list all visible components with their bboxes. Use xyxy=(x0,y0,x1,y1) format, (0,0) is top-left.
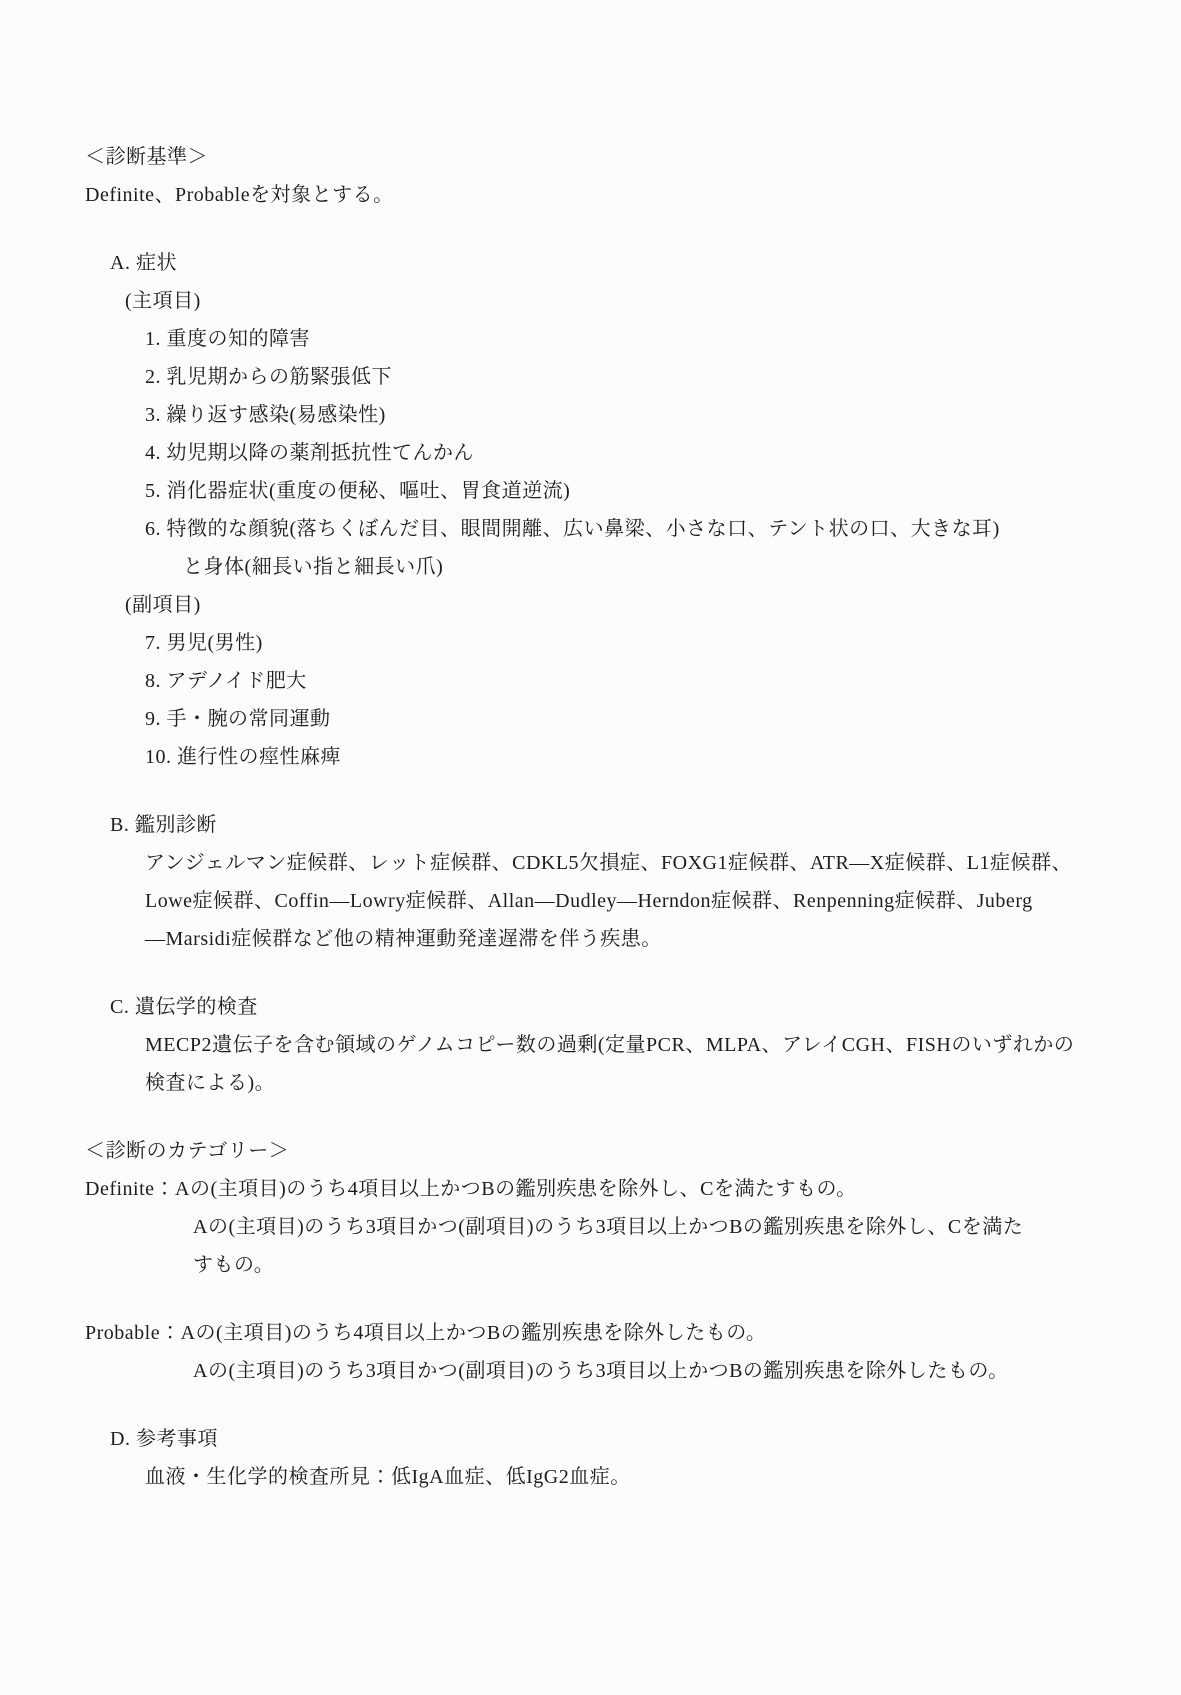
sub-items-label: (副項目) xyxy=(85,586,1121,624)
differential-line-3: ―Marsidi症候群など他の精神運動発達遅滞を伴う疾患。 xyxy=(85,920,1121,958)
section-a-heading: A. 症状 xyxy=(85,244,1121,282)
genetic-test-line-1: MECP2遺伝子を含む領域のゲノムコピー数の過剰(定量PCR、MLPA、アレイC… xyxy=(85,1026,1121,1064)
category-title: ＜診断のカテゴリー＞ xyxy=(85,1132,1121,1170)
reference-findings-line: 血液・生化学的検査所見：低IgA血症、低IgG2血症。 xyxy=(85,1458,1121,1496)
main-item-2: 2. 乳児期からの筋緊張低下 xyxy=(85,358,1121,396)
section-b-heading: B. 鑑別診断 xyxy=(85,806,1121,844)
differential-line-1: アンジェルマン症候群、レット症候群、CDKL5欠損症、FOXG1症候群、ATR―… xyxy=(85,844,1121,882)
section-c-heading: C. 遺伝学的検査 xyxy=(85,988,1121,1026)
spacer xyxy=(85,958,1121,988)
target-note: Definite、Probableを対象とする。 xyxy=(85,176,1121,214)
section-d-heading: D. 参考事項 xyxy=(85,1420,1121,1458)
sub-item-10: 10. 進行性の痙性麻痺 xyxy=(85,738,1121,776)
definite-line-1: Definite：Aの(主項目)のうち4項目以上かつBの鑑別疾患を除外し、Cを満… xyxy=(85,1170,1121,1208)
main-item-5: 5. 消化器症状(重度の便秘、嘔吐、胃食道逆流) xyxy=(85,472,1121,510)
genetic-test-line-2: 検査による)。 xyxy=(85,1064,1121,1102)
main-item-3: 3. 繰り返す感染(易感染性) xyxy=(85,396,1121,434)
spacer xyxy=(85,776,1121,806)
sub-item-7: 7. 男児(男性) xyxy=(85,624,1121,662)
criteria-title: ＜診断基準＞ xyxy=(85,138,1121,176)
differential-line-2: Lowe症候群、Coffin―Lowry症候群、Allan―Dudley―Her… xyxy=(85,882,1121,920)
main-item-1: 1. 重度の知的障害 xyxy=(85,320,1121,358)
spacer xyxy=(85,1390,1121,1420)
sub-item-9: 9. 手・腕の常同運動 xyxy=(85,700,1121,738)
main-item-6-continuation: と身体(細長い指と細長い爪) xyxy=(85,548,1121,586)
main-items-label: (主項目) xyxy=(85,282,1121,320)
sub-item-8: 8. アデノイド肥大 xyxy=(85,662,1121,700)
probable-line-2: Aの(主項目)のうち3項目かつ(副項目)のうち3項目以上かつBの鑑別疾患を除外し… xyxy=(85,1352,1121,1390)
spacer xyxy=(85,214,1121,244)
main-item-6: 6. 特徴的な顔貌(落ちくぼんだ目、眼間開離、広い鼻梁、小さな口、テント状の口、… xyxy=(85,510,1121,548)
definite-line-2: Aの(主項目)のうち3項目かつ(副項目)のうち3項目以上かつBの鑑別疾患を除外し… xyxy=(85,1208,1121,1246)
definite-line-3: すもの。 xyxy=(85,1246,1121,1284)
probable-line-1: Probable：Aの(主項目)のうち4項目以上かつBの鑑別疾患を除外したもの。 xyxy=(85,1314,1121,1352)
document-page: ＜診断基準＞ Definite、Probableを対象とする。 A. 症状 (主… xyxy=(0,0,1181,1695)
spacer xyxy=(85,1102,1121,1132)
main-item-4: 4. 幼児期以降の薬剤抵抗性てんかん xyxy=(85,434,1121,472)
spacer xyxy=(85,1284,1121,1314)
